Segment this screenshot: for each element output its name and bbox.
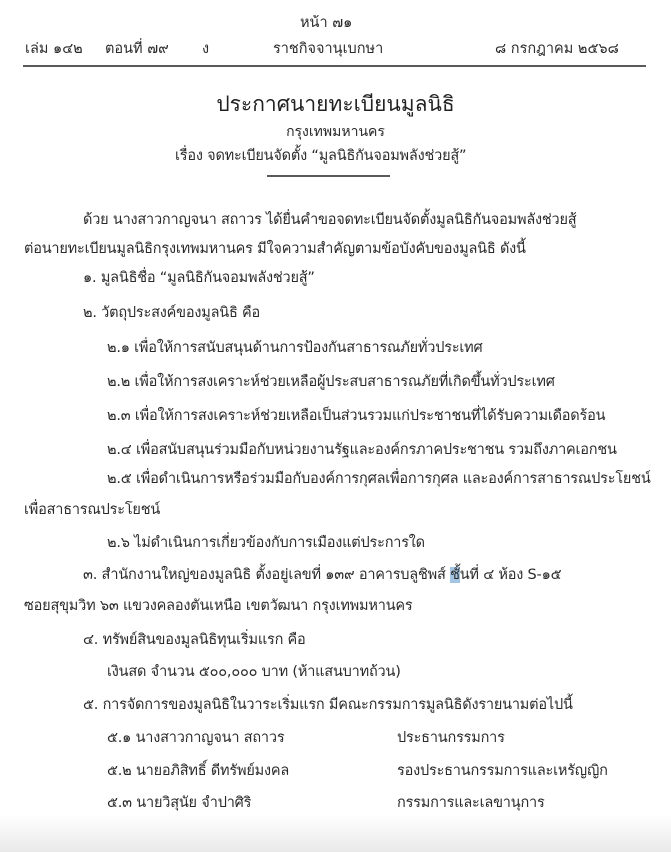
item-5-committee-heading: ๕. การจัดการของมูลนิธิในวาระเริ่มแรก มีค… [83,693,573,716]
committee-member-role: กรรมการและเลขานุการ [397,791,545,814]
issue-number: ตอนที่ ๗๙ [105,37,169,60]
title-divider [267,175,390,177]
objective-2-5: ๒.๕ เพื่อดำเนินการหรือร่วมมือกับองค์การก… [107,467,651,490]
objective-2-1: ๒.๑ เพื่อให้การสนับสนุนด้านการป้องกันสาธ… [107,336,483,359]
objective-2-4: ๒.๔ เพื่อสนับสนุนร่วมมือกับหน่วยงานรัฐแล… [107,438,617,461]
page-number: หน้า ๗๑ [300,11,352,34]
objective-2-6: ๒.๖ ไม่ดำเนินการเกี่ยวข้องกับการเมืองแต่… [107,531,425,554]
header-divider [23,65,646,67]
announcement-subject: เรื่อง จดทะเบียนจัดตั้ง “มูลนิธิกันจอมพล… [175,144,466,167]
item-1-foundation-name: ๑. มูลนิธิชื่อ “มูลนิธิกันจอมพลังช่วยสู้… [83,266,315,289]
announcement-title: ประกาศนายทะเบียนมูลนิธิ [0,88,671,121]
item-2-objectives-heading: ๒. วัตถุประสงค์ของมูลนิธิ คือ [83,301,260,324]
objective-2-3: ๒.๓ เพื่อให้การสงเคราะห์ช่วยเหลือเป็นส่ว… [107,404,605,427]
objective-2-5-continuation: เพื่อสาธารณประโยชน์ [24,498,160,521]
intro-line-1: ด้วย นางสาวกาญจนา สถาวร ได้ยื่นคำขอจดทะเ… [83,208,576,231]
committee-member-name: ๕.๒ นายอภิสิทธิ์ ดีทรัพย์มงคล [107,759,289,782]
intro-line-2: ต่อนายทะเบียนมูลนิธิกรุงเทพมหานคร มีใจคว… [24,237,526,260]
committee-member-name: ๕.๓ นายวิสุนัย จำปาศิริ [107,791,251,814]
section-letter: ง [202,37,209,60]
item-3-headquarters-line-1: ๓. สำนักงานใหญ่ของมูลนิธิ ตั้งอยู่เลขที่… [83,563,561,586]
text-selection-highlight: ชั้ [450,567,460,583]
publication-date: ๘ กรกฎาคม ๒๕๖๘ [495,37,619,60]
page-bottom-shadow [0,815,671,852]
item-3-headquarters-line-2: ซอยสุขุมวิท ๖๓ แขวงคลองตันเหนือ เขตวัฒนา… [24,594,413,617]
objective-2-2: ๒.๒ เพื่อให้การสงเคราะห์ช่วยเหลือผู้ประส… [107,370,555,393]
committee-member-role: ประธานกรรมการ [397,726,505,749]
announcement-location: กรุงเทพมหานคร [0,121,671,143]
committee-member-role: รองประธานกรรมการและเหรัญญิก [397,759,608,782]
volume-number: เล่ม ๑๔๒ [25,37,83,60]
item-3-text-b: นที่ ๔ ห้อง S-๑๕ [460,567,562,583]
item-4-assets-detail: เงินสด จำนวน ๕๐๐,๐๐๐ บาท (ห้าแสนบาทถ้วน) [107,660,401,683]
publication-name: ราชกิจจานุเบกษา [273,37,383,60]
committee-member-name: ๕.๑ นางสาวกาญจนา สถาวร [107,726,284,749]
item-3-text-a: ๓. สำนักงานใหญ่ของมูลนิธิ ตั้งอยู่เลขที่… [83,567,450,583]
gazette-page: หน้า ๗๑ เล่ม ๑๔๒ ตอนที่ ๗๙ ง ราชกิจจานุเ… [0,0,671,852]
item-4-assets-heading: ๔. ทรัพย์สินของมูลนิธิทุนเริ่มแรก คือ [83,628,306,651]
